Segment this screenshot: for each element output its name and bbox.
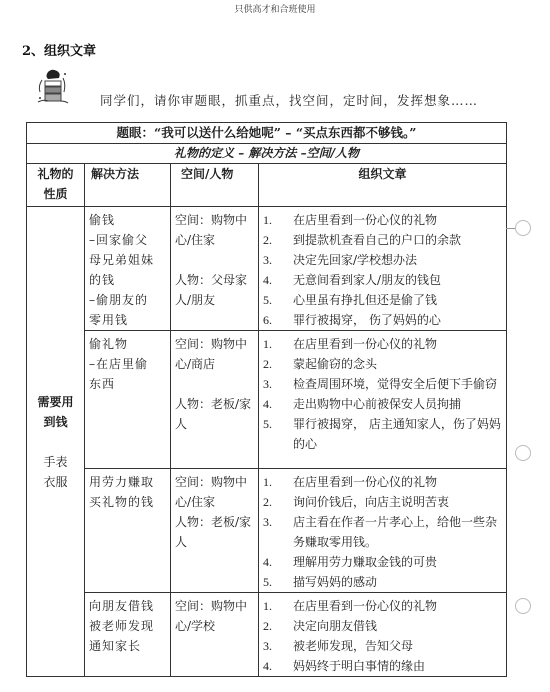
table-title: 题眼：“我可以送什么给她呢” – “买点东西都不够钱。” <box>27 123 507 144</box>
header-essay: 组织文章 <box>259 164 507 207</box>
step-text: 理解用劳力赚取金钱的可贵 <box>293 552 502 572</box>
step-number: 5. <box>263 290 293 310</box>
step-item: 4.无意间看到家人/朋友的钱包 <box>263 270 502 290</box>
step-item: 5.罪行被揭穿， 店主通知家人，伤了妈妈的心 <box>263 414 502 454</box>
nature-line: 需要用 <box>27 392 84 412</box>
step-item: 2.询问价钱后，向店主说明苦衷 <box>263 492 502 512</box>
method-line: 母兄弟姐妹 <box>89 250 166 270</box>
method-line: –在店里偷 <box>89 354 166 374</box>
step-text: 无意间看到家人/朋友的钱包 <box>293 270 502 290</box>
essay-steps-cell: 1.在店里看到一份心仪的礼物 2.决定向朋友借钱 3.被老师发现，告知父母 4.… <box>259 593 507 677</box>
instruction-text: 同学们，请你审题眼，抓重点，找空间，定时间，发挥想象…… <box>100 91 478 109</box>
table-row: 用劳力赚取 买礼物的钱 空间：购物中心/住家 人物：老板/家人 1.在店里看到一… <box>27 469 507 593</box>
step-text: 在店里看到一份心仪的礼物 <box>293 596 502 616</box>
nature-example: 手表 <box>27 452 84 472</box>
step-number: 1. <box>263 472 293 492</box>
step-number: 4. <box>263 552 293 572</box>
method-cell: 偷礼物 –在店里偷 东西 <box>85 331 171 469</box>
step-number: 1. <box>263 596 293 616</box>
section-title: 2、组织文章 <box>22 40 96 59</box>
nature-example: 衣服 <box>27 472 84 492</box>
binder-ring-icon <box>515 598 531 614</box>
step-text: 决定先回家/学校想办法 <box>293 250 502 270</box>
essay-steps-cell: 1.在店里看到一份心仪的礼物 2.蒙起偷窃的念头 3.检查周围环境，觉得安全后便… <box>259 331 507 469</box>
step-text: 描写妈妈的感动 <box>293 572 502 592</box>
step-item: 1.在店里看到一份心仪的礼物 <box>263 596 502 616</box>
space-text: 空间：购物中心/学校 <box>175 596 254 636</box>
header-space-people: 空间/人物 <box>171 164 259 207</box>
step-number: 5. <box>263 572 293 592</box>
step-item: 1.在店里看到一份心仪的礼物 <box>263 334 502 354</box>
method-line: 偷钱 <box>89 210 166 230</box>
step-number: 3. <box>263 250 293 270</box>
step-item: 3.店主看在作者一片孝心上，给他一些杂务赚取零用钱。 <box>263 512 502 552</box>
step-item: 2.蒙起偷窃的念头 <box>263 354 502 374</box>
nature-cell: 需要用 到钱 手表 衣服 <box>27 207 85 677</box>
step-number: 2. <box>263 230 293 250</box>
step-text: 罪行被揭穿， 店主通知家人，伤了妈妈的心 <box>293 414 502 454</box>
step-number: 2. <box>263 616 293 636</box>
people-text: 人物：老板/家人 <box>175 394 254 434</box>
people-text: 人物：父母家人/朋友 <box>175 270 254 310</box>
step-item: 1.在店里看到一份心仪的礼物 <box>263 210 502 230</box>
table-subtitle: 礼物的定义 – 解决方法 –空间/人物 <box>27 144 507 164</box>
space-people-cell: 空间：购物中心/商店 人物：老板/家人 <box>171 331 259 469</box>
step-number: 4. <box>263 394 293 414</box>
step-text: 检查周围环境，觉得安全后便下手偷窃 <box>293 374 502 394</box>
step-number: 2. <box>263 492 293 512</box>
step-item: 5.心里虽有挣扎但还是偷了钱 <box>263 290 502 310</box>
header-nature-label: 礼物的性质 <box>38 164 74 204</box>
method-cell: 偷钱 –回家偷父 母兄弟姐妹 的钱 –偷朋友的 零用钱 <box>85 207 171 331</box>
student-reading-clipart-icon <box>34 68 72 110</box>
space-text: 空间：购物中心/住家 <box>175 472 254 512</box>
step-text: 走出购物中心前被保安人员拘捕 <box>293 394 502 414</box>
step-text: 到提款机查看自己的户口的余款 <box>293 230 502 250</box>
method-line: 向朋友借钱 <box>89 596 166 616</box>
step-text: 罪行被揭穿， 伤了妈妈的心 <box>293 310 502 330</box>
step-text: 心里虽有挣扎但还是偷了钱 <box>293 290 502 310</box>
step-item: 3.被老师发现，告知父母 <box>263 636 502 656</box>
step-item: 3.决定先回家/学校想办法 <box>263 250 502 270</box>
step-item: 2.到提款机查看自己的户口的余款 <box>263 230 502 250</box>
step-number: 4. <box>263 656 293 676</box>
page-header-note: 只供高才和合班使用 <box>0 2 550 15</box>
method-line: 被老师发现 <box>89 616 166 636</box>
method-line: 偷礼物 <box>89 334 166 354</box>
step-number: 4. <box>263 270 293 290</box>
essay-steps-cell: 1.在店里看到一份心仪的礼物 2.询问价钱后，向店主说明苦衷 3.店主看在作者一… <box>259 469 507 593</box>
essay-steps-cell: 1.在店里看到一份心仪的礼物 2.到提款机查看自己的户口的余款 3.决定先回家/… <box>259 207 507 331</box>
step-item: 4.走出购物中心前被保安人员拘捕 <box>263 394 502 414</box>
organize-essay-table: 题眼：“我可以送什么给她呢” – “买点东西都不够钱。” 礼物的定义 – 解决方… <box>26 122 506 677</box>
step-text: 蒙起偷窃的念头 <box>293 354 502 374</box>
header-nature: 礼物的性质 <box>27 164 85 207</box>
step-number: 3. <box>263 636 293 656</box>
space-text: 空间：购物中心/住家 <box>175 210 254 250</box>
method-line: 通知家长 <box>89 636 166 656</box>
step-item: 1.在店里看到一份心仪的礼物 <box>263 472 502 492</box>
step-text: 店主看在作者一片孝心上，给他一些杂务赚取零用钱。 <box>293 512 502 552</box>
method-cell: 用劳力赚取 买礼物的钱 <box>85 469 171 593</box>
step-text: 被老师发现，告知父母 <box>293 636 502 656</box>
method-line: –偷朋友的 <box>89 290 166 310</box>
step-item: 5.描写妈妈的感动 <box>263 572 502 592</box>
step-text: 在店里看到一份心仪的礼物 <box>293 334 502 354</box>
people-text: 人物：老板/家人 <box>175 512 254 552</box>
step-text: 妈妈终于明白事情的缘由 <box>293 656 502 676</box>
step-number: 3. <box>263 512 293 552</box>
method-line: 的钱 <box>89 270 166 290</box>
step-number: 5. <box>263 414 293 454</box>
step-item: 4.理解用劳力赚取金钱的可贵 <box>263 552 502 572</box>
space-people-cell: 空间：购物中心/住家 人物：老板/家人 <box>171 469 259 593</box>
space-people-cell: 空间：购物中心/学校 <box>171 593 259 677</box>
step-item: 3.检查周围环境，觉得安全后便下手偷窃 <box>263 374 502 394</box>
table-row: 需要用 到钱 手表 衣服 偷钱 –回家偷父 母兄弟姐妹 的钱 –偷朋友的 零用钱… <box>27 207 507 331</box>
step-text: 在店里看到一份心仪的礼物 <box>293 210 502 230</box>
step-item: 2.决定向朋友借钱 <box>263 616 502 636</box>
nature-line: 到钱 <box>27 412 84 432</box>
step-item: 4.妈妈终于明白事情的缘由 <box>263 656 502 676</box>
table-row: 向朋友借钱 被老师发现 通知家长 空间：购物中心/学校 1.在店里看到一份心仪的… <box>27 593 507 677</box>
step-number: 6. <box>263 310 293 330</box>
method-line: –回家偷父 <box>89 230 166 250</box>
method-line: 买礼物的钱 <box>89 492 166 512</box>
step-number: 1. <box>263 210 293 230</box>
step-number: 1. <box>263 334 293 354</box>
method-line: 用劳力赚取 <box>89 472 166 492</box>
step-text: 决定向朋友借钱 <box>293 616 502 636</box>
step-text: 询问价钱后，向店主说明苦衷 <box>293 492 502 512</box>
step-number: 2. <box>263 354 293 374</box>
table-row: 偷礼物 –在店里偷 东西 空间：购物中心/商店 人物：老板/家人 1.在店里看到… <box>27 331 507 469</box>
header-method: 解决方法 <box>85 164 171 207</box>
space-text: 空间：购物中心/商店 <box>175 334 254 374</box>
step-number: 3. <box>263 374 293 394</box>
method-line: 东西 <box>89 374 166 394</box>
step-item: 6.罪行被揭穿， 伤了妈妈的心 <box>263 310 502 330</box>
step-text: 在店里看到一份心仪的礼物 <box>293 472 502 492</box>
space-people-cell: 空间：购物中心/住家 人物：父母家人/朋友 <box>171 207 259 331</box>
binder-ring-icon <box>515 445 531 461</box>
binder-ring-icon <box>515 220 531 236</box>
method-cell: 向朋友借钱 被老师发现 通知家长 <box>85 593 171 677</box>
method-line: 零用钱 <box>89 310 166 330</box>
